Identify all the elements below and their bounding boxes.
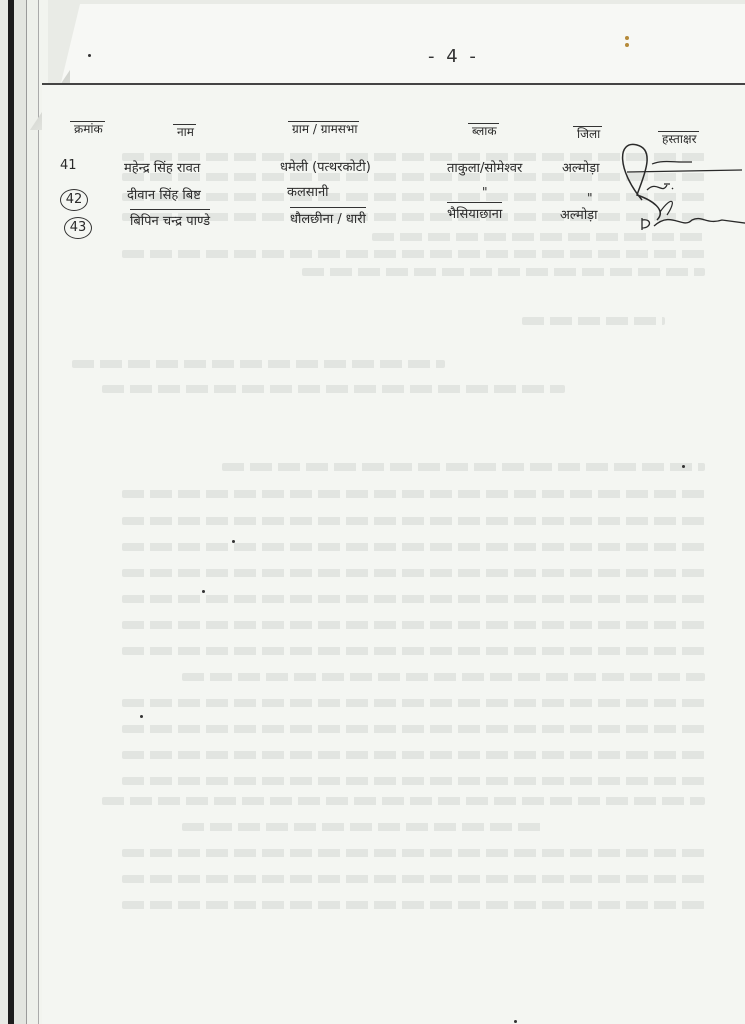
main-page: क्रमांक नाम ग्राम / ग्रामसभा ब्लाक जिला … xyxy=(42,83,745,1024)
row-district: अल्मोड़ा xyxy=(560,205,598,223)
row-block-ditto: " xyxy=(482,185,489,199)
bleed-through-line xyxy=(182,823,545,831)
bleed-through-line xyxy=(522,317,665,325)
row-serial-circled: 43 xyxy=(64,217,92,239)
speck xyxy=(232,540,235,543)
row-name: बिपिन चन्द्र पाण्डे xyxy=(130,209,210,229)
top-sheet: - 4 - xyxy=(60,4,745,87)
bleed-through-line xyxy=(72,360,445,368)
bleed-through-line xyxy=(102,385,565,393)
bleed-through-line xyxy=(122,490,705,498)
bleed-through-line xyxy=(222,463,705,471)
bleed-through-line xyxy=(122,849,705,857)
row-block: ताकुला/सोमेश्वर xyxy=(447,158,522,176)
header-district: जिला xyxy=(577,125,600,142)
row-village: धमेली (पत्थरकोटी) xyxy=(280,157,371,175)
bleed-through-line xyxy=(122,725,705,733)
bleed-through-line xyxy=(122,621,705,629)
bleed-through-line xyxy=(122,543,705,551)
speck xyxy=(140,715,143,718)
bleed-through-line xyxy=(372,233,705,241)
stain-mark xyxy=(625,43,629,47)
header-name: नाम xyxy=(177,123,194,140)
bleed-through-line xyxy=(122,777,705,785)
row-serial: 41 xyxy=(60,158,77,173)
row-district-ditto: " xyxy=(587,191,594,205)
row-block: भैसियाछाना xyxy=(447,202,502,222)
speck xyxy=(682,465,685,468)
bleed-through-line xyxy=(122,901,705,909)
bleed-through-line xyxy=(122,250,705,258)
row-village: कलसानी xyxy=(287,182,329,200)
speck xyxy=(514,1020,517,1023)
speck xyxy=(202,590,205,593)
stain-mark xyxy=(625,36,629,40)
row-district: अल्मोड़ा xyxy=(562,158,600,176)
bleed-through-line xyxy=(302,268,705,276)
row-name: दीवान सिंह बिष्ट xyxy=(127,185,201,203)
bleed-through-line xyxy=(122,517,705,525)
row-village: धौलछीना / धारी xyxy=(290,207,366,227)
bleed-through-line xyxy=(182,673,705,681)
header-serial: क्रमांक xyxy=(74,120,103,137)
bleed-through-line xyxy=(122,595,705,603)
row-name: महेन्द्र सिंह रावत xyxy=(124,158,200,176)
page-number: - 4 - xyxy=(428,46,479,67)
header-block: ब्लाक xyxy=(472,122,497,139)
bleed-through-line xyxy=(122,875,705,883)
bleed-through-line xyxy=(122,569,705,577)
signature-block xyxy=(612,140,745,230)
speck xyxy=(88,54,91,57)
bleed-through-line xyxy=(122,751,705,759)
row-serial-circled: 42 xyxy=(60,189,88,211)
bleed-through-line xyxy=(122,699,705,707)
bleed-through-line xyxy=(102,797,705,805)
header-village: ग्राम / ग्रामसभा xyxy=(292,120,357,137)
bleed-through-line xyxy=(122,647,705,655)
